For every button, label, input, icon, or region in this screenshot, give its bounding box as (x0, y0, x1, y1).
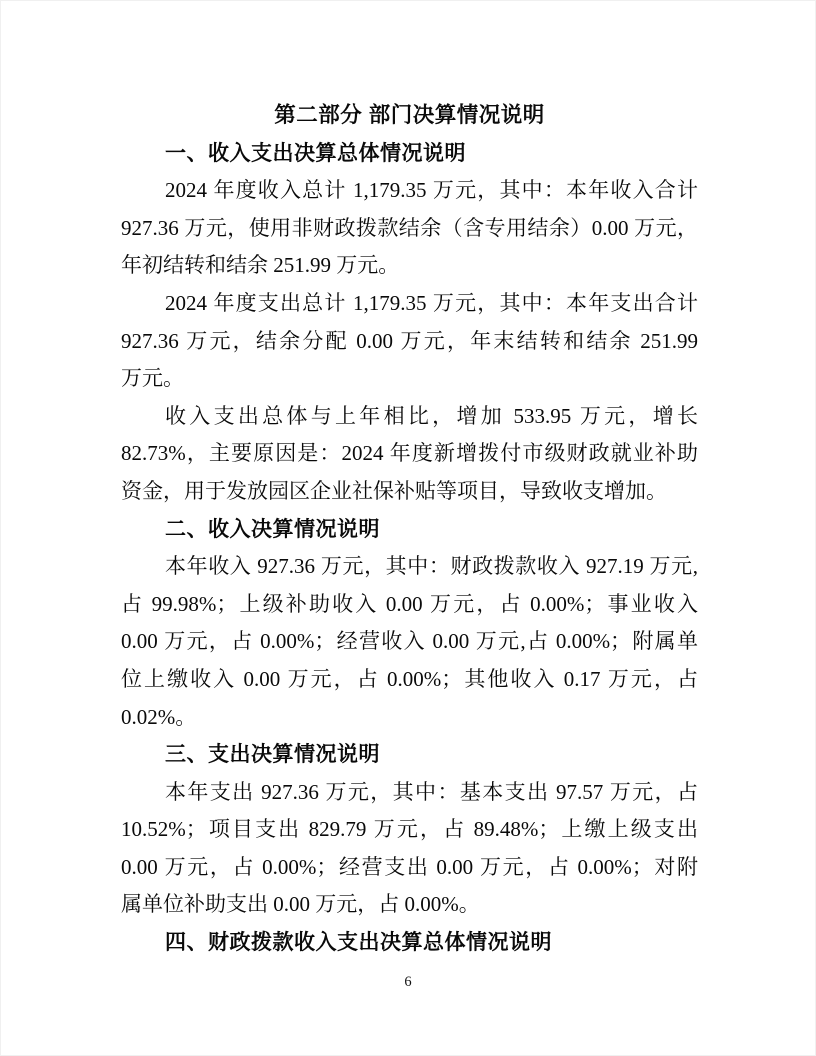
paragraph-line: 927.36 万元，使用非财政拨款结余（含专用结余）0.00 万元， (121, 210, 698, 248)
paragraph-line: 资金，用于发放园区企业社保补贴等项目，导致收支增加。 (121, 473, 698, 511)
document-body: 第二部分 部门决算情况说明 一、收入支出决算总体情况说明 2024 年度收入总计… (121, 97, 698, 962)
paragraph-line: 10.52%；项目支出 829.79 万元，占 89.48%；上缴上级支出 (121, 811, 698, 849)
section-heading-1: 一、收入支出决算总体情况说明 (121, 135, 698, 173)
paragraph-line: 0.02%。 (121, 699, 698, 737)
paragraph-line: 收入支出总体与上年相比，增加 533.95 万元，增长 (121, 398, 698, 436)
paragraph-line: 年初结转和结余 251.99 万元。 (121, 247, 698, 285)
paragraph-line: 本年收入 927.36 万元，其中：财政拨款收入 927.19 万元, (121, 548, 698, 586)
page-number: 6 (0, 972, 816, 992)
paragraph-line: 位上缴收入 0.00 万元，占 0.00%；其他收入 0.17 万元，占 (121, 661, 698, 699)
paragraph-line: 82.73%，主要原因是：2024 年度新增拨付市级财政就业补助 (121, 435, 698, 473)
paragraph-line: 占 99.98%；上级补助收入 0.00 万元，占 0.00%；事业收入 (121, 586, 698, 624)
paragraph-line: 2024 年度支出总计 1,179.35 万元，其中：本年支出合计 (121, 285, 698, 323)
paragraph-line: 万元。 (121, 360, 698, 398)
section-heading-2: 二、收入决算情况说明 (121, 511, 698, 549)
section-heading-3: 三、支出决算情况说明 (121, 736, 698, 774)
section-heading-4: 四、财政拨款收入支出决算总体情况说明 (121, 924, 698, 962)
paragraph-line: 属单位补助支出 0.00 万元，占 0.00%。 (121, 886, 698, 924)
document-page: { "page": { "number": "6" }, "content": … (0, 0, 816, 1056)
paragraph-line: 本年支出 927.36 万元，其中：基本支出 97.57 万元，占 (121, 774, 698, 812)
paragraph-line: 0.00 万元，占 0.00%；经营收入 0.00 万元,占 0.00%；附属单 (121, 623, 698, 661)
paragraph-line: 927.36 万元，结余分配 0.00 万元，年末结转和结余 251.99 (121, 323, 698, 361)
paragraph-line: 0.00 万元，占 0.00%；经营支出 0.00 万元，占 0.00%；对附 (121, 849, 698, 887)
document-title: 第二部分 部门决算情况说明 (121, 97, 698, 135)
paragraph-line: 2024 年度收入总计 1,179.35 万元，其中：本年收入合计 (121, 172, 698, 210)
